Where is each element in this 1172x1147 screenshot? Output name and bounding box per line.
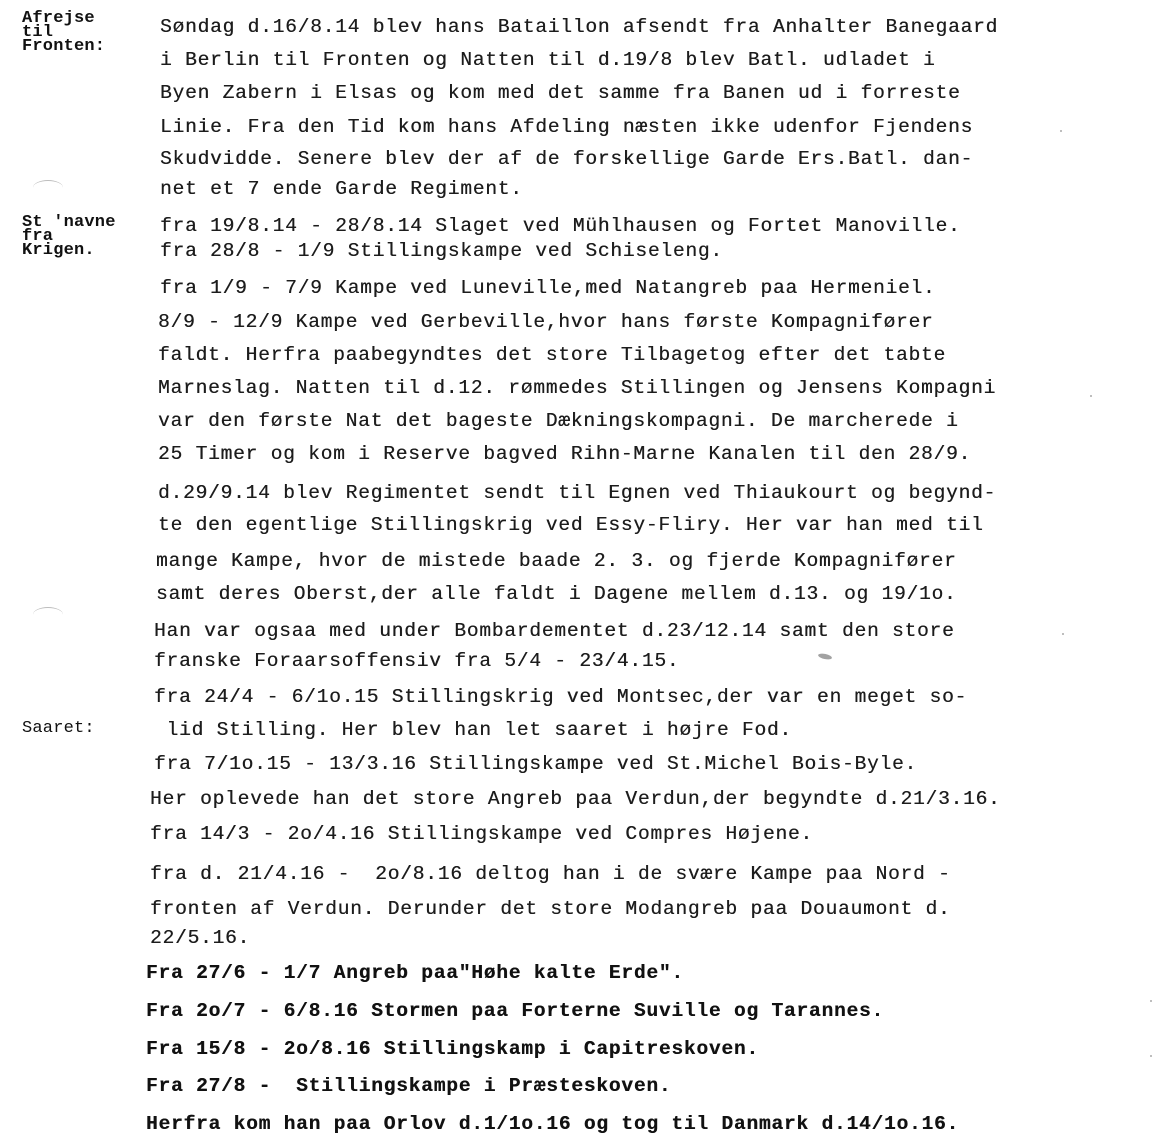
text-line: 8/9 - 12/9 Kampe ved Gerbeville,hvor han…	[158, 311, 934, 333]
text-line: 25 Timer og kom i Reserve bagved Rihn-Ma…	[158, 443, 971, 465]
text-line: franske Foraarsoffensiv fra 5/4 - 23/4.1…	[154, 650, 679, 672]
punch-hole-mark	[33, 607, 63, 622]
text-line: fra 1/9 - 7/9 Kampe ved Luneville,med Na…	[160, 277, 936, 299]
text-line: 22/5.16.	[150, 927, 250, 949]
text-line: Marneslag. Natten til d.12. rømmedes Sti…	[158, 377, 996, 399]
margin-label-wounded: Saaret:	[22, 722, 95, 736]
margin-label-place-names: St 'navne fra Krigen.	[22, 216, 116, 258]
paper-speck	[1060, 130, 1062, 132]
text-line: fra 28/8 - 1/9 Stillingskampe ved Schise…	[160, 240, 723, 262]
text-line: Skudvidde. Senere blev der af de forskel…	[160, 148, 973, 170]
text-line: Herfra kom han paa Orlov d.1/1o.16 og to…	[146, 1113, 959, 1135]
paper-speck	[1150, 1000, 1152, 1002]
text-line: mange Kampe, hvor de mistede baade 2. 3.…	[156, 550, 957, 572]
ink-smudge	[818, 653, 833, 661]
paper-speck	[1090, 395, 1092, 397]
text-line: fra 24/4 - 6/1o.15 Stillingskrig ved Mon…	[154, 686, 967, 708]
margin-label-departure: Afrejse til Fronten:	[22, 12, 105, 54]
text-line: fra 14/3 - 2o/4.16 Stillingskampe ved Co…	[150, 823, 813, 845]
paper-speck	[1150, 1055, 1152, 1057]
text-line: fronten af Verdun. Derunder det store Mo…	[150, 898, 951, 920]
text-line: te den egentlige Stillingskrig ved Essy-…	[158, 514, 984, 536]
text-line: Fra 27/8 - Stillingskampe i Præsteskoven…	[146, 1075, 671, 1097]
text-line: samt deres Oberst,der alle faldt i Dagen…	[156, 583, 957, 605]
text-line: Han var ogsaa med under Bombardementet d…	[154, 620, 955, 642]
paper-speck	[1062, 633, 1064, 635]
text-line: lid Stilling. Her blev han let saaret i …	[154, 719, 792, 741]
text-line: d.29/9.14 blev Regimentet sendt til Egne…	[158, 482, 996, 504]
text-line: i Berlin til Fronten og Natten til d.19/…	[160, 49, 936, 71]
text-line: Fra 15/8 - 2o/8.16 Stillingskamp i Capit…	[146, 1038, 759, 1060]
text-line: Fra 2o/7 - 6/8.16 Stormen paa Forterne S…	[146, 1000, 884, 1022]
text-line: net et 7 ende Garde Regiment.	[160, 178, 523, 200]
text-line: Linie. Fra den Tid kom hans Afdeling næs…	[160, 116, 973, 138]
text-line: faldt. Herfra paabegyndtes det store Til…	[158, 344, 946, 366]
typewritten-page: Afrejse til Fronten: St 'navne fra Krige…	[0, 0, 1172, 1147]
text-line: Byen Zabern i Elsas og kom med det samme…	[160, 82, 961, 104]
text-line: fra 19/8.14 - 28/8.14 Slaget ved Mühlhau…	[160, 215, 961, 237]
text-line: Fra 27/6 - 1/7 Angreb paa"Høhe kalte Erd…	[146, 962, 684, 984]
text-line: var den første Nat det bageste Dækningsk…	[158, 410, 959, 432]
text-line: Her oplevede han det store Angreb paa Ve…	[150, 788, 1001, 810]
text-line: Søndag d.16/8.14 blev hans Bataillon afs…	[160, 16, 998, 38]
text-line: fra 7/1o.15 - 13/3.16 Stillingskampe ved…	[154, 753, 917, 775]
punch-hole-mark	[33, 180, 63, 195]
text-line: fra d. 21/4.16 - 2o/8.16 deltog han i de…	[150, 863, 951, 885]
